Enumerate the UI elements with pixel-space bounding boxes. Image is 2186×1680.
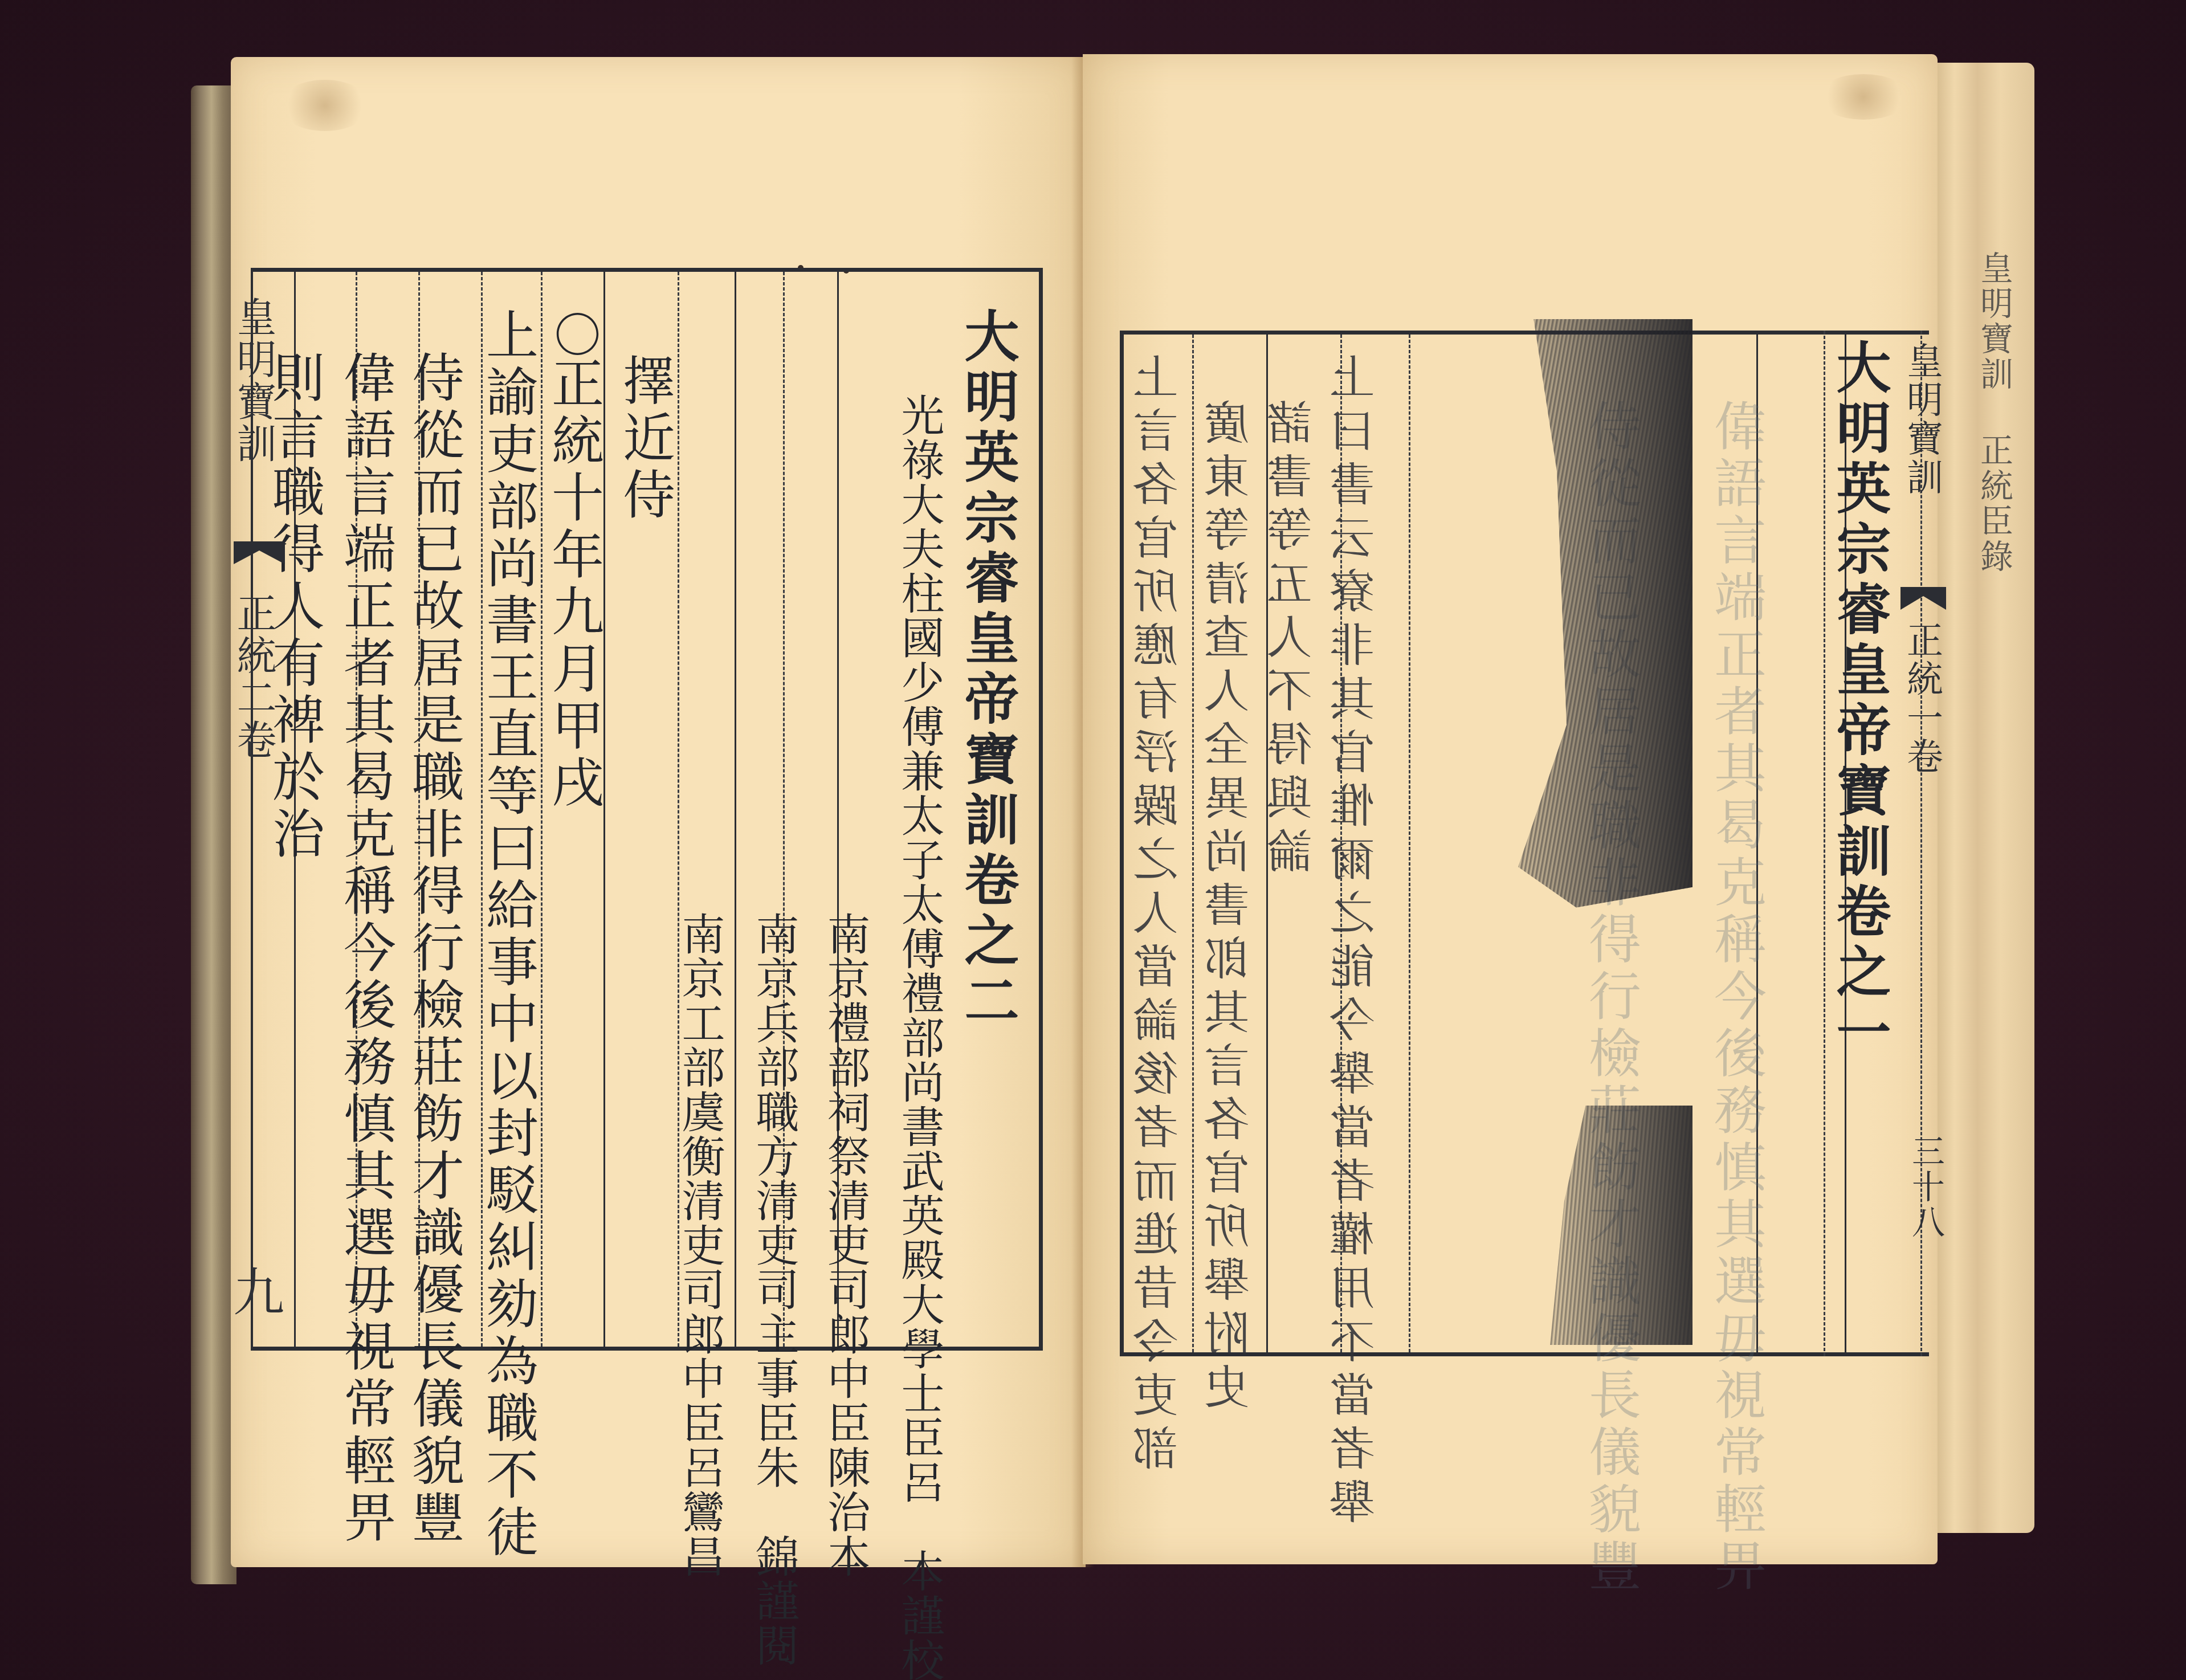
scan-background: 大明英宗睿皇帝寶訓卷之二 光祿大夫柱國少傅兼太子太傅禮部尚書武英殿大學士臣呂 本… <box>0 0 2186 1680</box>
compiler-line-1: 光祿大夫柱國少傅兼太子太傅禮部尚書武英殿大學士臣呂 本謹校 <box>898 393 941 1680</box>
offset-line-2: 諸書等五人不得與論 <box>1271 399 1316 881</box>
compiler-line-4: 南京工部虞衡清吏司郎中臣呂鸞昌 <box>678 912 721 1579</box>
date-line: 正統十年九月甲戌 <box>547 356 599 812</box>
body-line-1: 上諭吏部尚書王直等曰給事中以封駁糾劾為職不徒 <box>482 308 534 1561</box>
column-rule <box>1824 331 1825 1356</box>
folio-number: 九 <box>228 1265 279 1319</box>
column-rule <box>735 272 736 1347</box>
column-rule <box>1192 335 1194 1352</box>
volume-title: 大明英宗睿皇帝寶訓卷之二 <box>960 308 1015 1033</box>
banxin-lower-title: 正統二卷 <box>234 593 274 761</box>
fish-tail-ornament <box>234 541 285 564</box>
compiler-line-3: 南京兵部職方清吏司主事臣朱 錦謹閱 <box>752 912 796 1667</box>
right-banxin-lower: 正統一卷 <box>1903 621 1940 776</box>
left-banxin: 皇明寶訓 正統二卷 九 <box>234 274 288 1345</box>
offset-line-1: 上曰書云寮非其官惟爾之能今舉當者權用不當者舉 <box>1333 353 1379 1532</box>
compiler-line-2: 南京禮部祠祭清吏司郎中臣陳治本 <box>823 912 867 1579</box>
right-banxin-upper: 皇明寶訓 <box>1903 342 1940 497</box>
right-volume-title: 大明英宗睿皇帝寶訓卷之一 <box>1832 339 1887 1064</box>
show-through-text: 偉語言端正者其曷克稱今後務慎其選毋視常輕畀 <box>1710 399 1762 1596</box>
section-heading: 擇近侍 <box>618 353 671 524</box>
entry-marker: 〇 <box>550 311 597 361</box>
paper-stain <box>1818 74 1909 120</box>
column-rule <box>541 272 543 1347</box>
body-line-3: 偉語言端正者其曷克稱今後務慎其選毋視常輕畀 <box>339 350 391 1547</box>
offset-line-3: 廣東等清查人全異尚書郎其言各官所舉附史 <box>1208 399 1254 1417</box>
banxin-upper-title: 皇明寶訓 <box>234 296 274 465</box>
body-line-2: 侍從而已故居是職非得行檢莊飭才識優長儀貌豐 <box>407 350 460 1547</box>
right-folio-number: 三十八 <box>1909 1134 1942 1240</box>
paper-stain <box>279 80 370 131</box>
offset-line-4: 上言各官所應有浮躁之人當論後者而進昔令吏部 <box>1137 353 1182 1478</box>
book-edge-left <box>191 85 236 1584</box>
fore-edge-text: 皇明寶訓 正統臣錄 <box>1977 251 2010 574</box>
column-rule <box>1409 335 1410 1352</box>
